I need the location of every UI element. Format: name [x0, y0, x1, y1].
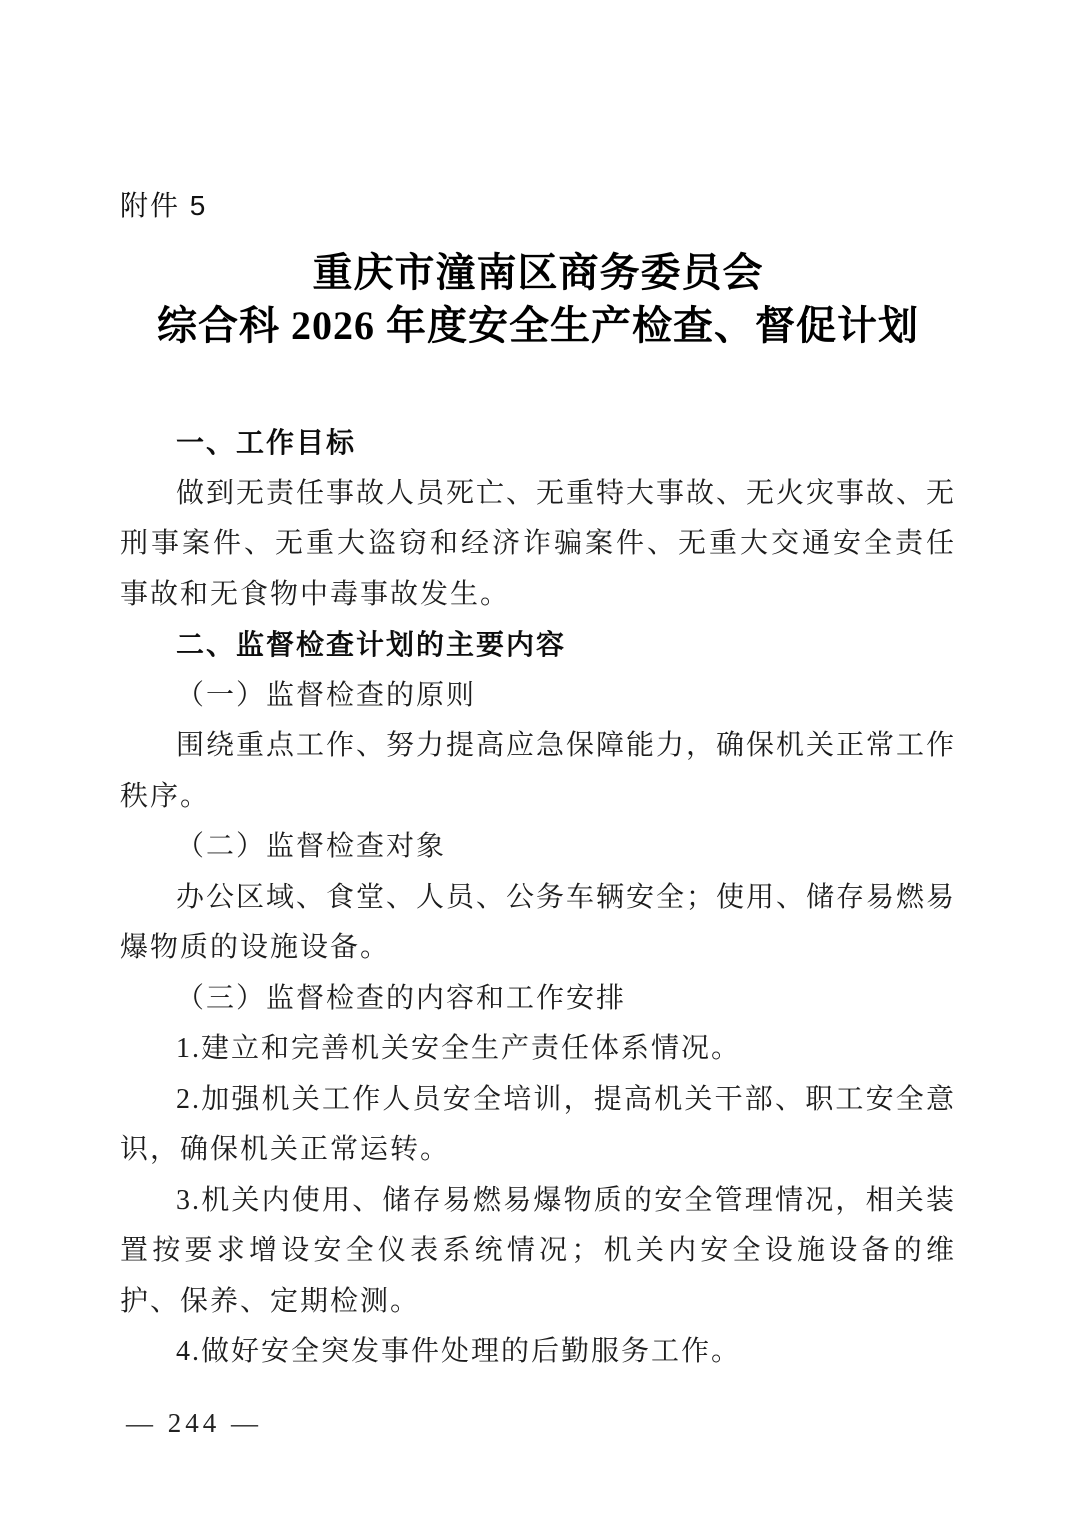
attachment-label: 附件 5: [120, 184, 956, 224]
paragraph: 1.建立和完善机关安全生产责任体系情况。: [120, 1024, 956, 1075]
document-content: 附件 5 重庆市潼南区商务委员会 综合科 2026 年度安全生产检查、督促计划 …: [0, 184, 1074, 1378]
title-line-1: 重庆市潼南区商务委员会: [120, 246, 956, 299]
paragraph: 做到无责任事故人员死亡、无重特大事故、无火灾事故、无刑事案件、无重大盗窃和经济诈…: [120, 469, 956, 621]
title-line-2: 综合科 2026 年度安全生产检查、督促计划: [120, 299, 956, 352]
section-heading: 一、工作目标: [120, 418, 956, 469]
sub-heading: （二）监督检查对象: [120, 822, 956, 873]
paragraph: 办公区域、食堂、人员、公务车辆安全；使用、储存易燃易爆物质的设施设备。: [120, 873, 956, 974]
page-number: — 244 —: [126, 1408, 262, 1438]
document-title: 重庆市潼南区商务委员会 综合科 2026 年度安全生产检查、督促计划: [120, 246, 956, 352]
paragraph: 围绕重点工作、努力提高应急保障能力，确保机关正常工作秩序。: [120, 721, 956, 822]
paragraph: 2.加强机关工作人员安全培训，提高机关干部、职工安全意识，确保机关正常运转。: [120, 1075, 956, 1176]
page-footer: — 244 —: [126, 1408, 262, 1439]
document-page: 附件 5 重庆市潼南区商务委员会 综合科 2026 年度安全生产检查、督促计划 …: [0, 0, 1074, 1520]
document-body: 一、工作目标做到无责任事故人员死亡、无重特大事故、无火灾事故、无刑事案件、无重大…: [120, 418, 956, 1378]
section-heading: 二、监督检查计划的主要内容: [120, 620, 956, 671]
sub-heading: （一）监督检查的原则: [120, 671, 956, 722]
paragraph: 3.机关内使用、储存易燃易爆物质的安全管理情况，相关装置按要求增设安全仪表系统情…: [120, 1176, 956, 1328]
paragraph: 4.做好安全突发事件处理的后勤服务工作。: [120, 1327, 956, 1378]
sub-heading: （三）监督检查的内容和工作安排: [120, 974, 956, 1025]
